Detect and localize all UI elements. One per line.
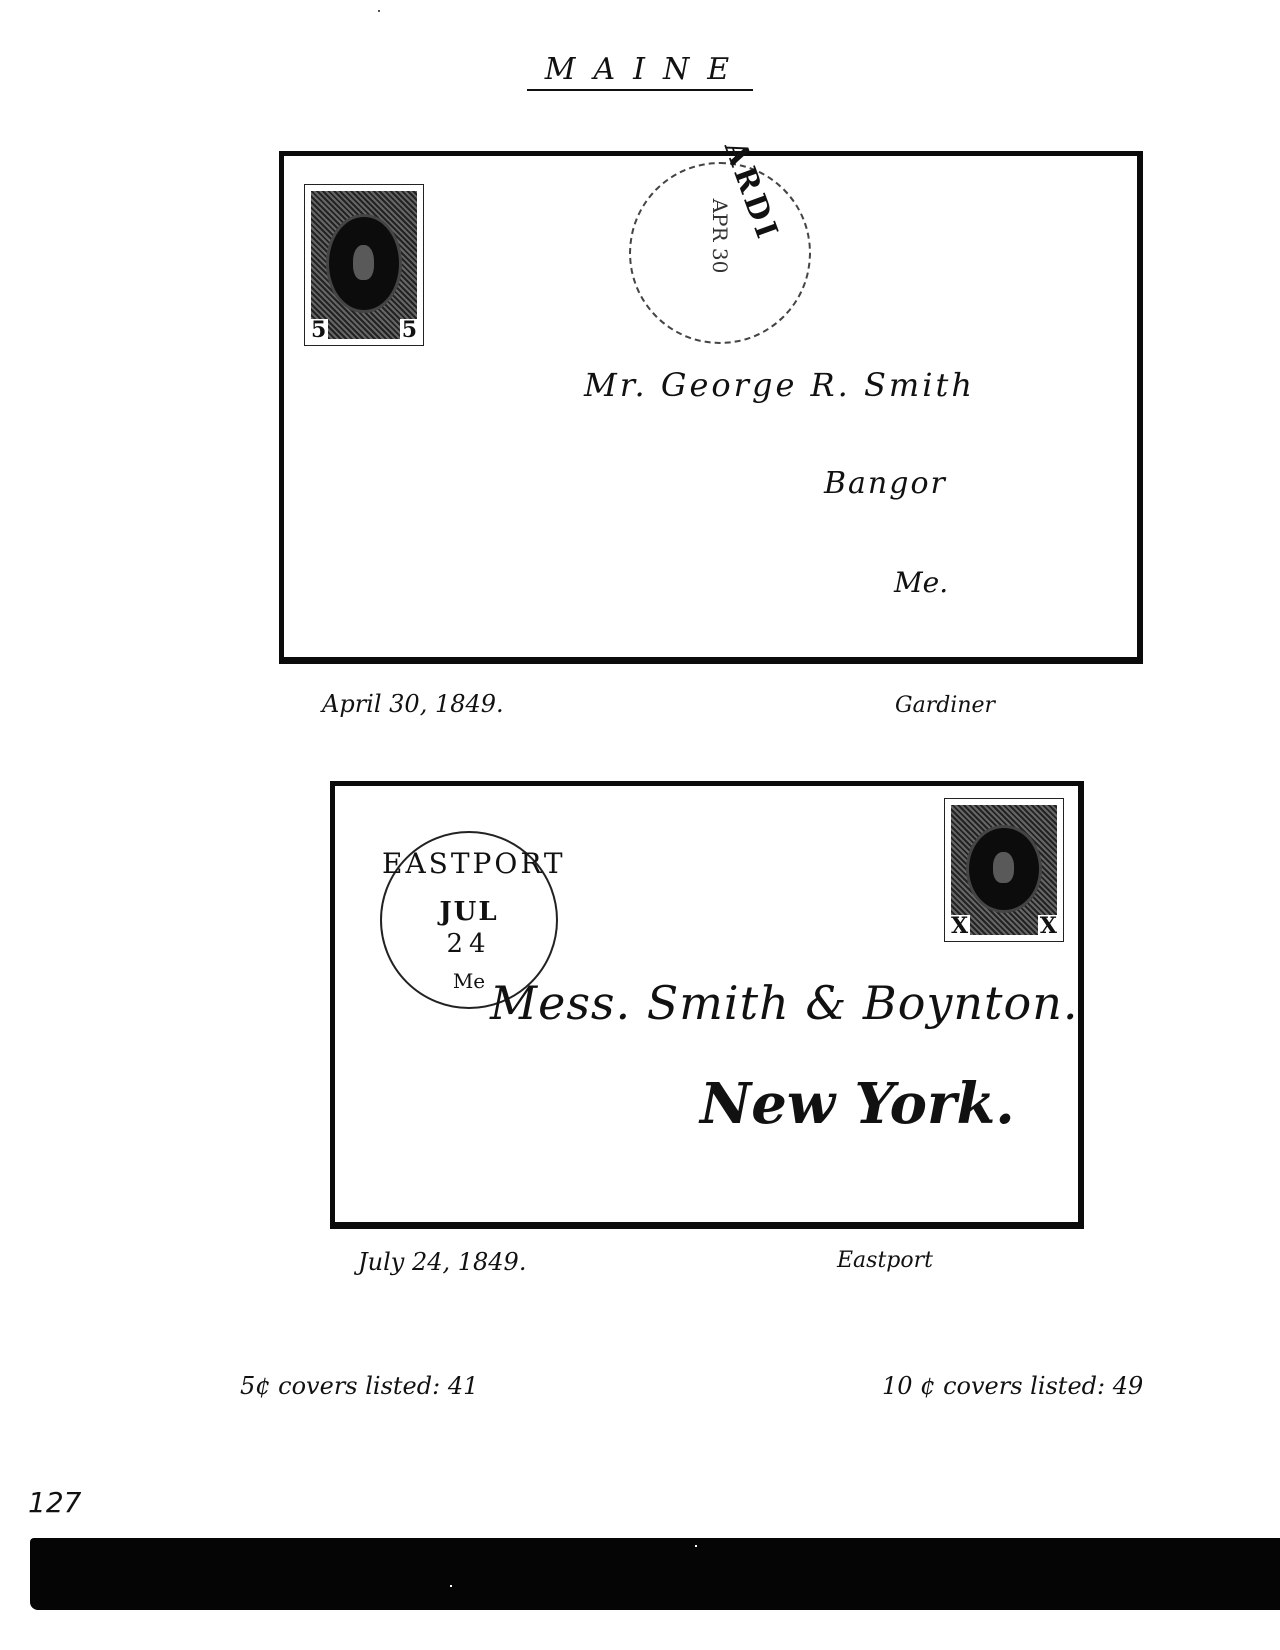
- cover-gardiner: 5 5 ARDI APR 30 Mr. George R. Smith Bang…: [279, 151, 1143, 664]
- addressee-city: New York.: [700, 1071, 1015, 1137]
- scan-speck: [378, 10, 380, 12]
- page-title: MAINE: [0, 52, 1280, 87]
- page-number: 127: [28, 1486, 81, 1519]
- five-cent-count: 5¢ covers listed: 41: [240, 1372, 478, 1400]
- scan-speck: [450, 1585, 452, 1587]
- cover-date-caption: April 30, 1849.: [322, 690, 504, 718]
- postmark-month: JUL: [382, 897, 556, 927]
- stamp-denomination-left: 5: [309, 319, 328, 341]
- postmark-town: EASTPORT: [382, 847, 556, 880]
- cover-date-caption: July 24, 1849.: [358, 1248, 526, 1276]
- stamp-denomination-right: 5: [400, 319, 419, 341]
- addressee-state: Me.: [894, 566, 948, 599]
- cover-place-caption: Gardiner: [895, 693, 995, 718]
- cover-eastport: EASTPORT JUL 24 Me X X Mess. Smith & Boy…: [330, 781, 1084, 1229]
- ten-cent-count: 10 ¢ covers listed: 49: [882, 1372, 1143, 1400]
- addressee-city: Bangor: [824, 466, 947, 501]
- page-title-text: MAINE: [527, 52, 753, 91]
- washington-10-cent-stamp-icon: X X: [944, 798, 1064, 942]
- circular-postmark-icon: ARDI APR 30: [629, 162, 811, 344]
- scan-speck: [695, 1545, 697, 1547]
- stamp-denomination-right: X: [1038, 915, 1059, 937]
- postmark-date: APR 30: [708, 147, 732, 325]
- stamp-denomination-left: X: [949, 915, 970, 937]
- addressee-name: Mr. George R. Smith: [584, 366, 975, 404]
- scan-edge-bar: [30, 1538, 1280, 1610]
- franklin-5-cent-stamp-icon: 5 5: [304, 184, 424, 346]
- addressee-name: Mess. Smith & Boynton.: [490, 976, 1078, 1030]
- postmark-day: 24: [382, 929, 556, 959]
- cover-place-caption: Eastport: [837, 1248, 933, 1273]
